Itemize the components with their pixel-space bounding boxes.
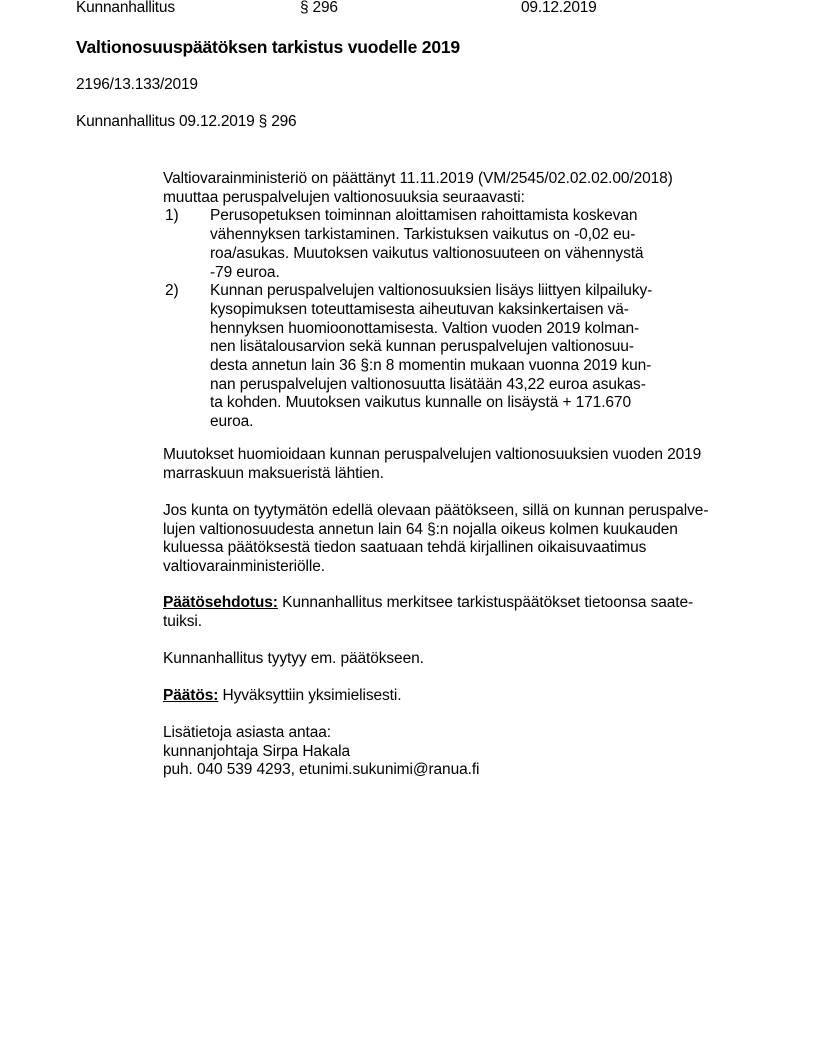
list-item-2: 2) Kunnan peruspalvelujen valtionosuuksi…: [163, 282, 673, 432]
list-line: Kunnan peruspalvelujen valtionosuuksien …: [210, 282, 673, 301]
contact-person: kunnanjohtaja Sirpa Hakala: [163, 743, 479, 762]
paragraph-line: Muutokset huomioidaan kunnan peruspalvel…: [163, 446, 701, 465]
changes-paragraph: Muutokset huomioidaan kunnan peruspalvel…: [163, 446, 701, 483]
paragraph-line: marraskuun maksueristä lähtien.: [163, 465, 701, 484]
acceptance-paragraph: Kunnanhallitus tyytyy em. päätökseen.: [163, 650, 424, 669]
header-date: 09.12.2019: [521, 0, 597, 17]
list-line: nan peruspalvelujen valtionosuutta lisät…: [210, 376, 673, 395]
list-line: desta annetun lain 36 §:n 8 momentin muk…: [210, 357, 673, 376]
paragraph-line: Jos kunta on tyytymätön edellä olevaan p…: [163, 502, 708, 521]
decision-paragraph: Päätös: Hyväksyttiin yksimielisesti.: [163, 687, 401, 706]
list-number: 1): [165, 207, 179, 226]
list-number: 2): [165, 282, 179, 301]
list-line: vähennyksen tarkistaminen. Tarkistuksen …: [210, 226, 673, 245]
proposal-paragraph: Päätösehdotus: Kunnanhallitus merkitsee …: [163, 594, 693, 631]
list-line: hennyksen huomioonottamisesta. Valtion v…: [210, 320, 673, 339]
proposal-text: tuiksi.: [163, 613, 693, 632]
list-line: Perusopetuksen toiminnan aloittamisen ra…: [210, 207, 673, 226]
list-line: euroa.: [210, 413, 673, 432]
paragraph-line: kuluessa päätöksestä tiedon saatuaan teh…: [163, 539, 708, 558]
proposal-text: Kunnanhallitus merkitsee tarkistuspäätök…: [278, 594, 693, 611]
intro-and-list: Valtiovarainministeriö on päättänyt 11.1…: [163, 170, 673, 432]
decision-label: Päätös:: [163, 687, 218, 704]
contact-block: Lisätietoja asiasta antaa: kunnanjohtaja…: [163, 724, 479, 780]
list-line: nen lisätalousarvion sekä kunnan peruspa…: [210, 338, 673, 357]
proposal-label: Päätösehdotus:: [163, 594, 278, 611]
document-title: Valtionosuuspäätöksen tarkistus vuodelle…: [76, 37, 460, 58]
list-line: -79 euroa.: [210, 264, 673, 283]
list-line: ta kohden. Muutoksen vaikutus kunnalle o…: [210, 394, 673, 413]
contact-heading: Lisätietoja asiasta antaa:: [163, 724, 479, 743]
intro-line: Valtiovarainministeriö on päättänyt 11.1…: [163, 170, 673, 189]
appeal-paragraph: Jos kunta on tyytymätön edellä olevaan p…: [163, 502, 708, 577]
diary-number: 2196/13.133/2019: [76, 76, 198, 94]
meeting-reference: Kunnanhallitus 09.12.2019 § 296: [76, 113, 296, 131]
acceptance-text: Kunnanhallitus tyytyy em. päätökseen.: [163, 650, 424, 669]
intro-line: muuttaa peruspalvelujen valtionosuuksia …: [163, 189, 673, 208]
header-section: § 296: [300, 0, 338, 17]
list-line: kysopimuksen toteuttamisesta aiheutuvan …: [210, 301, 673, 320]
decision-text: Hyväksyttiin yksimielisesti.: [218, 687, 401, 704]
header-body: Kunnanhallitus: [76, 0, 175, 17]
paragraph-line: lujen valtionosuudesta annetun lain 64 §…: [163, 521, 708, 540]
list-item-1: 1) Perusopetuksen toiminnan aloittamisen…: [163, 207, 673, 282]
contact-details: puh. 040 539 4293, etunimi.sukunimi@ranu…: [163, 761, 479, 780]
list-line: roa/asukas. Muutoksen vaikutus valtionos…: [210, 245, 673, 264]
paragraph-line: valtiovarainministeriölle.: [163, 558, 708, 577]
